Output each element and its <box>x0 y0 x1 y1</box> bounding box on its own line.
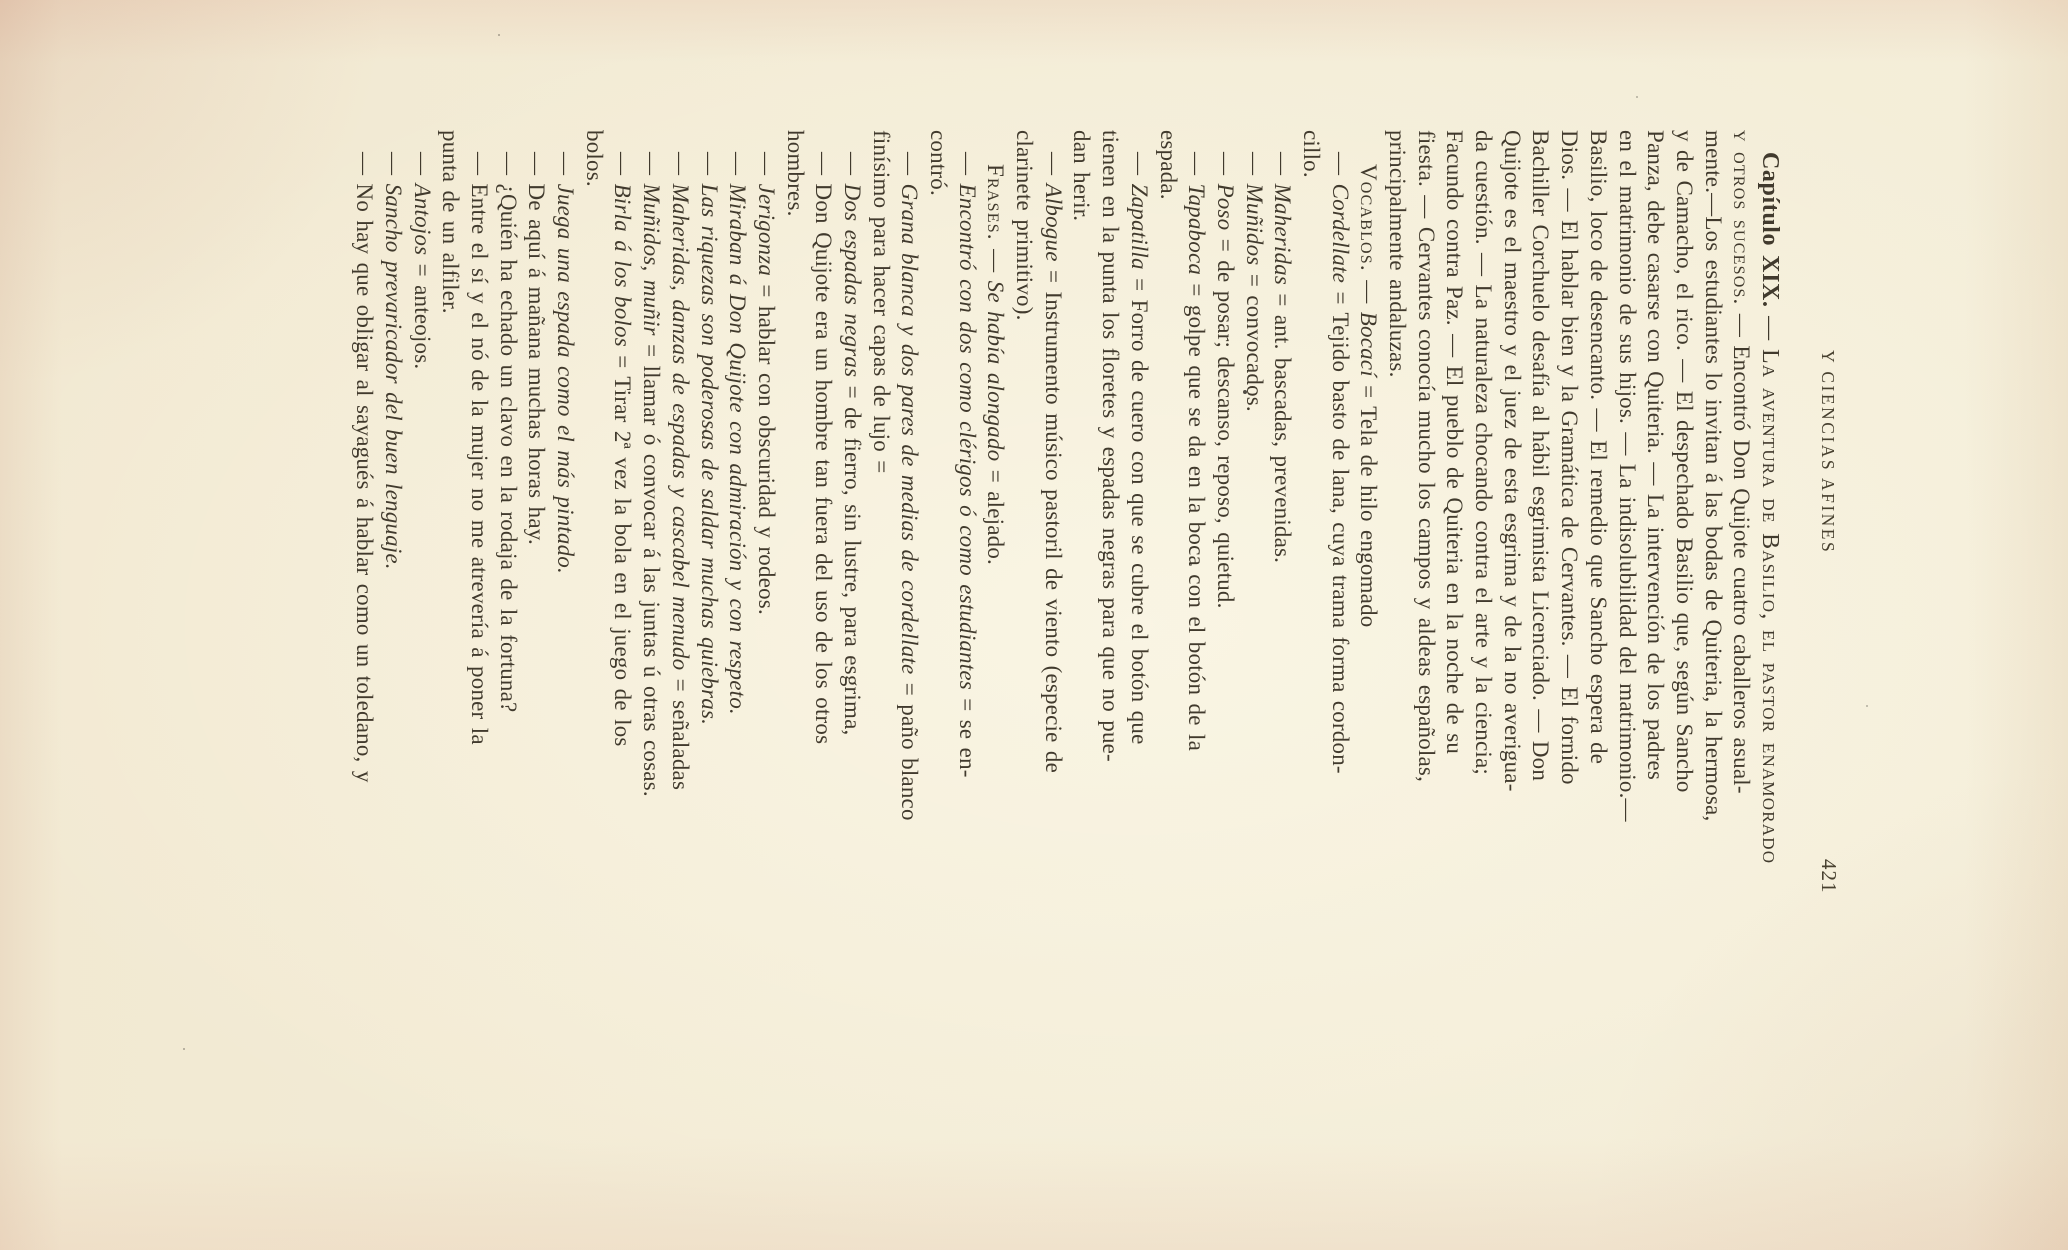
text-segment: Encontró con dos como clérigos ó como es… <box>955 184 980 690</box>
text-segment: y de Camacho, el rico. — El despechado B… <box>1672 130 1697 793</box>
text-line: — Muñidos, muñir = llamar ó convocar á l… <box>637 130 666 1016</box>
text-line: — Maheridas = ant. bascadas, prevenidas. <box>1268 130 1297 1016</box>
scanned-book-page: { "page": { "header": { "title": "Y CIEN… <box>0 0 2068 1250</box>
text-segment: — <box>697 152 722 184</box>
text-segment: Albogue <box>1041 184 1066 262</box>
text-line: Vocablos. — Bocací = Tela de hilo engoma… <box>1354 130 1383 1016</box>
text-segment: — <box>840 152 865 184</box>
text-line: Facundo contra Paz. — El pueblo de Quite… <box>1440 130 1469 1016</box>
text-segment: espada. <box>1156 130 1181 200</box>
text-segment: Panza, debe casarse con Quiteria. — La i… <box>1643 130 1668 780</box>
text-segment: — <box>897 152 922 184</box>
text-segment: = se en- <box>955 690 980 778</box>
text-line: — Albogue = Instrumento músico pastoril … <box>1038 130 1067 1016</box>
text-segment: bolos. <box>582 130 607 187</box>
text-line: — Antojos = anteojos. <box>407 130 436 1016</box>
text-line: — Cordellate = Tejido basto de lana, cuy… <box>1325 130 1354 1016</box>
text-segment: = golpe que se da en la boca con el botó… <box>1184 275 1209 751</box>
text-segment: Poso <box>1213 184 1238 231</box>
text-segment: Quijote es el maestro y el juez de esta … <box>1500 130 1525 792</box>
text-line: da cuestión. — La naturaleza chocando co… <box>1468 130 1497 1016</box>
text-segment: — <box>553 152 578 184</box>
text-block: Capítulo XIX. — La aventura de Basilio, … <box>350 130 1784 1016</box>
text-line: — No hay que obligar al sayagués á habla… <box>350 130 379 1016</box>
text-segment: Maheridas, danzas de espadas y cascabel … <box>668 184 693 671</box>
text-segment: Bocací <box>1356 312 1381 377</box>
text-segment: — <box>754 152 779 184</box>
text-segment: — No hay que obligar al sayagués á habla… <box>352 152 377 783</box>
text-line: mente.—Los estudiantes lo invitan á las … <box>1698 130 1727 1016</box>
text-segment: — <box>611 152 636 184</box>
text-segment: Miraban á Don Quijote con admiración y c… <box>725 184 750 715</box>
text-segment: Basilio, loco de desencanto. — El remedi… <box>1586 130 1611 764</box>
text-segment: — <box>1356 272 1381 312</box>
text-segment: principalmente andaluzas. <box>1385 130 1410 378</box>
text-line: principalmente andaluzas. <box>1382 130 1411 1016</box>
text-line: Dios. — El hablar bien y la Gramática de… <box>1555 130 1584 1016</box>
text-segment: Vocablos. <box>1356 164 1381 272</box>
text-line: Capítulo XIX. — La aventura de Basilio, … <box>1755 130 1784 1016</box>
text-segment: Grana blanca y dos pares de medias de co… <box>897 184 922 675</box>
text-segment: hombres. <box>783 130 808 217</box>
text-line: — Muñidos = convocados. <box>1239 130 1268 1016</box>
page-number: 421 <box>1816 859 1841 894</box>
text-segment: Zapatilla <box>1127 184 1152 270</box>
text-segment: en el matrimonio de sus hijos. — La indi… <box>1615 130 1640 822</box>
text-line: — Maheridas, danzas de espadas y cascabe… <box>665 130 694 1016</box>
text-line: tienen en la punta los floretes y espada… <box>1096 130 1125 1016</box>
text-segment: Muñidos, muñir <box>639 184 664 336</box>
text-segment: La aventura de Basilio, el pastor enamor… <box>1757 349 1783 864</box>
text-line: — Miraban á Don Quijote con admiración y… <box>723 130 752 1016</box>
text-segment: = Forro de cuero con que se cubre el bot… <box>1127 270 1152 745</box>
text-segment: — De aquí á mañana muchas horas hay. <box>524 152 549 545</box>
text-segment: Frases. <box>983 164 1008 241</box>
text-segment: Antojos <box>410 184 435 256</box>
text-segment: finísimo para hacer capas de lujo = <box>869 130 894 473</box>
text-line: fiesta. — Cervantes conocía mucho los ca… <box>1411 130 1440 1016</box>
text-line: — Encontró con dos como clérigos ó como … <box>952 130 981 1016</box>
text-segment: Birla á los bolos <box>611 184 636 347</box>
text-segment: Juega una espada como el más pintado. <box>553 184 578 574</box>
text-line: — Don Quijote era un hombre tan fuera de… <box>809 130 838 1016</box>
text-segment: mente.—Los estudiantes lo invitan á las … <box>1701 130 1726 821</box>
text-segment: = de posar; descanso, reposo, quietud. <box>1213 230 1238 608</box>
text-segment: clarinete primitivo). <box>1012 130 1037 321</box>
text-line: — Juega una espada como el más pintado. <box>550 130 579 1016</box>
text-line: Panza, debe casarse con Quiteria. — La i… <box>1641 130 1670 1016</box>
text-segment: tienen en la punta los floretes y espada… <box>1098 130 1123 762</box>
text-line: en el matrimonio de sus hijos. — La indi… <box>1612 130 1641 1016</box>
text-segment: punta de un alfiler. <box>438 130 463 314</box>
text-segment: — <box>983 241 1008 281</box>
text-line: y otros sucesos. — Encontró Don Quijote … <box>1727 130 1756 1016</box>
text-line: — Tapaboca = golpe que se da en la boca … <box>1182 130 1211 1016</box>
text-segment: = señaladas <box>668 670 693 790</box>
text-line: Frases. — Se había alongado = alejado. <box>981 130 1010 1016</box>
running-header: Y CIENCIAS AFINES 421 <box>1808 130 1838 1016</box>
text-line: Quijote es el maestro y el juez de esta … <box>1497 130 1526 1016</box>
text-segment: Cordellate <box>1328 184 1353 284</box>
text-segment: — <box>1270 152 1295 184</box>
text-segment: — <box>668 152 693 184</box>
text-segment: = ant. bascadas, prevenidas. <box>1270 285 1295 563</box>
text-segment: Se había alongado <box>983 281 1008 462</box>
text-line: — Las riquezas son poderosas de saldar m… <box>694 130 723 1016</box>
text-segment: — <box>955 152 980 184</box>
text-line: — Sancho prevaricador del buen lenguaje. <box>378 130 407 1016</box>
text-segment: — Don Quijote era un hombre tan fuera de… <box>811 152 836 744</box>
text-segment: = de fierro, sin lustre, para esgrima, <box>840 377 865 735</box>
text-line: hombres. <box>780 130 809 1016</box>
text-segment: — <box>1213 152 1238 184</box>
text-line: punta de un alfiler. <box>436 130 465 1016</box>
text-segment: — <box>725 152 750 184</box>
text-segment: fiesta. — Cervantes conocía mucho los ca… <box>1414 130 1439 782</box>
text-segment: Bachiller Corchuelo desafía al hábil esg… <box>1529 130 1554 781</box>
text-line: dan herir. <box>1067 130 1096 1016</box>
text-line: — Jerigonza = hablar con obscuridad y ro… <box>751 130 780 1016</box>
text-segment: — <box>1328 152 1353 184</box>
text-segment: contró. <box>926 130 951 196</box>
text-segment: Capítulo XIX. <box>1757 152 1783 308</box>
text-segment: dan herir. <box>1070 130 1095 221</box>
text-segment: Tapaboca <box>1184 184 1209 276</box>
text-segment: Facundo contra Paz. — El pueblo de Quite… <box>1442 130 1467 754</box>
text-line: clarinete primitivo). <box>1009 130 1038 1016</box>
text-segment: Sancho prevaricador del buen lenguaje. <box>381 184 406 570</box>
text-segment: Dos espadas negras <box>840 184 865 378</box>
text-segment: — <box>1184 152 1209 184</box>
text-segment: — Entre el sí y el nó de la mujer no me … <box>467 152 492 745</box>
text-segment: = Tela de hilo engomado <box>1356 377 1381 628</box>
text-line: y de Camacho, el rico. — El despechado B… <box>1669 130 1698 1016</box>
text-segment: — <box>1041 152 1066 184</box>
text-segment: — <box>1127 152 1152 184</box>
text-segment: Muñidos <box>1242 184 1267 266</box>
text-segment: — <box>1757 308 1783 349</box>
text-line: Basilio, loco de desencanto. — El remedi… <box>1583 130 1612 1016</box>
text-line: — Grana blanca y dos pares de medias de … <box>895 130 924 1016</box>
text-segment: = Instrumento músico pastoril de viento … <box>1041 262 1066 773</box>
text-line: — Zapatilla = Forro de cuero con que se … <box>1124 130 1153 1016</box>
text-segment: = convocados. <box>1242 265 1267 411</box>
text-segment: Maheridas <box>1270 184 1295 285</box>
text-segment: — <box>381 152 406 184</box>
text-segment: Dios. — El hablar bien y la Gramática de… <box>1557 130 1582 785</box>
text-segment: = paño blanco <box>897 674 922 820</box>
running-header-title: Y CIENCIAS AFINES <box>1817 350 1838 554</box>
text-line: — ¿Quién ha echado un clavo en la rodaja… <box>493 130 522 1016</box>
text-line: Bachiller Corchuelo desafía al hábil esg… <box>1526 130 1555 1016</box>
text-segment: — Encontró Don Quijote cuatro caballeros… <box>1729 306 1754 794</box>
text-line: cillo. <box>1296 130 1325 1016</box>
text-segment: — <box>1242 152 1267 184</box>
text-segment: — ¿Quién ha echado un clavo en la rodaja… <box>496 152 521 712</box>
text-line: — Dos espadas negras = de fierro, sin lu… <box>837 130 866 1016</box>
text-line: contró. <box>923 130 952 1016</box>
text-line: — De aquí á mañana muchas horas hay. <box>522 130 551 1016</box>
text-line: espada. <box>1153 130 1182 1016</box>
text-segment: cillo. <box>1299 130 1324 178</box>
text-segment: = anteojos. <box>410 255 435 369</box>
text-segment: y otros sucesos. <box>1729 130 1754 306</box>
book-page-sheet: Y CIENCIAS AFINES 421 Capítulo XIX. — La… <box>0 0 2068 1250</box>
text-line: bolos. <box>579 130 608 1016</box>
text-segment: = Tirar 2ª vez la bola en el juego de lo… <box>611 347 636 747</box>
text-line: — Poso = de posar; descanso, reposo, qui… <box>1210 130 1239 1016</box>
text-segment: — <box>410 152 435 184</box>
text-segment: = hablar con obscuridad y rodeos. <box>754 276 779 615</box>
text-segment: da cuestión. — La naturaleza chocando co… <box>1471 130 1496 775</box>
text-segment: Jerigonza <box>754 184 779 277</box>
text-segment: Las riquezas son poderosas de saldar muc… <box>697 184 722 726</box>
text-line: — Birla á los bolos = Tirar 2ª vez la bo… <box>608 130 637 1016</box>
text-segment: = alejado. <box>983 461 1008 565</box>
text-segment: = llamar ó convocar á las juntas ú otras… <box>639 336 664 797</box>
text-segment: — <box>639 152 664 184</box>
text-line: — Entre el sí y el nó de la mujer no me … <box>464 130 493 1016</box>
text-segment: = Tejido basto de lana, cuya trama forma… <box>1328 283 1353 774</box>
text-line: finísimo para hacer capas de lujo = <box>866 130 895 1016</box>
